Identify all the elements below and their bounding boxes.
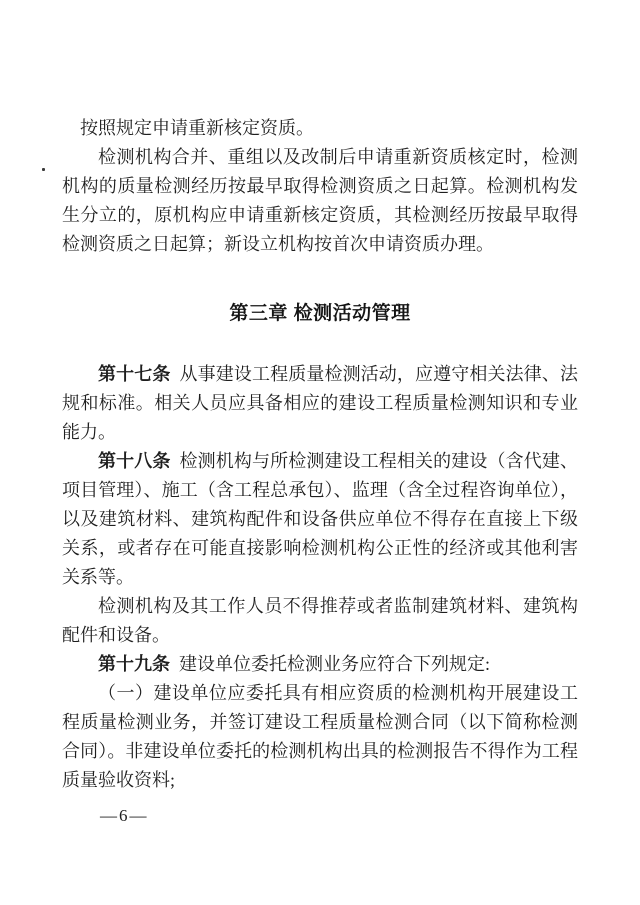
item-one-paragraph: （一）建设单位应委托具有相应资质的检测机构开展建设工程质量检测业务，并签订建设工… [62, 679, 578, 795]
article-18-text: 检测机构与所检测建设工程相关的建设（含代建、项目管理）、施工（含工程总承包）、监… [62, 451, 578, 587]
page-number: —6— [100, 806, 149, 826]
article-19: 第十九条建设单位委托检测业务应符合下列规定: [62, 650, 578, 679]
article-18: 第十八条检测机构与所检测建设工程相关的建设（含代建、项目管理）、施工（含工程总承… [62, 447, 578, 592]
article-17-number: 第十七条 [98, 364, 170, 384]
scan-artifact-dot [42, 168, 45, 171]
article-18-number: 第十八条 [98, 451, 170, 471]
paragraph-no-recommend: 检测机构及其工作人员不得推荐或者监制建筑材料、建筑构配件和设备。 [62, 592, 578, 650]
article-19-number: 第十九条 [98, 654, 170, 674]
document-page: 按照规定申请重新核定资质。 检测机构合并、重组以及改制后申请重新资质核定时，检测… [0, 0, 640, 905]
paragraph-requalification: 检测机构合并、重组以及改制后申请重新资质核定时，检测机构的质量检测经历按最早取得… [62, 143, 578, 259]
document-body: 按照规定申请重新核定资质。 检测机构合并、重组以及改制后申请重新资质核定时，检测… [62, 114, 578, 795]
article-19-text: 建设单位委托检测业务应符合下列规定: [179, 654, 490, 674]
paragraph-continuation: 按照规定申请重新核定资质。 [62, 114, 578, 143]
article-17: 第十七条从事建设工程质量检测活动，应遵守相关法律、法规和标准。相关人员应具备相应… [62, 360, 578, 447]
chapter-heading: 第三章 检测活动管理 [62, 299, 578, 328]
